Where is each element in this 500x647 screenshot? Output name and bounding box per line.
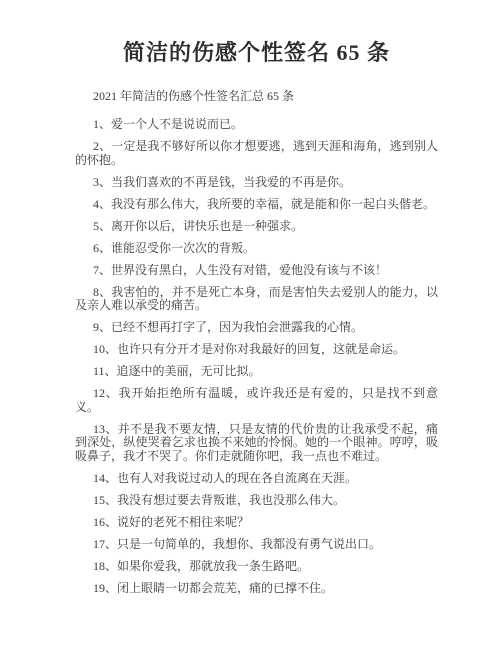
signature-item: 16、说好的老死不相往来呢？ (75, 516, 438, 530)
signature-item: 18、如果你爱我，那就放我一条生路吧。 (75, 560, 438, 574)
document-page: 简洁的伤感个性签名 65 条 2021 年简洁的伤感个性签名汇总 65 条 1、… (0, 0, 500, 647)
signature-item: 4、我没有那么伟大，我所要的幸福，就是能和你一起白头偕老。 (75, 198, 438, 212)
signature-item: 12、我开始拒绝所有温暖，或许我还是有爱的，只是找不到意义。 (75, 387, 438, 414)
signature-item: 15、我没有想过要去背叛谁，我也没那么伟大。 (75, 494, 438, 508)
signature-item: 13、并不是我不要友情，只是友情的代价贵的让我承受不起，痛到深处，纵使哭着乞求也… (75, 423, 438, 464)
page-title: 简洁的伤感个性签名 65 条 (75, 36, 438, 67)
signature-item: 3、当我们喜欢的不再是钱，当我爱的不再是你。 (75, 176, 438, 190)
signature-item: 10、也许只有分开才是对你对我最好的回复，这就是命运。 (75, 343, 438, 357)
signature-item: 9、已经不想再打字了，因为我怕会泄露我的心情。 (75, 321, 438, 335)
signature-item: 7、世界没有黑白，人生没有对错，爱他没有该与不该！ (75, 264, 438, 278)
signature-item: 1、爱一个人不是说说而已。 (75, 118, 438, 132)
document-subtitle: 2021 年简洁的伤感个性签名汇总 65 条 (75, 87, 438, 104)
signature-item: 19、闭上眼睛一切都会荒芜，痛的已撑不住。 (75, 582, 438, 596)
signature-item: 8、我害怕的，并不是死亡本身，而是害怕失去爱别人的能力，以及亲人难以承受的痛苦。 (75, 286, 438, 313)
signature-item: 2、一定是我不够好所以你才想要逃，逃到天涯和海角，逃到别人的怀抱。 (75, 140, 438, 167)
signature-item: 17、只是一句简单的，我想你、我都没有勇气说出口。 (75, 538, 438, 552)
signature-item: 11、追逐中的美丽，无可比拟。 (75, 365, 438, 379)
signature-item: 14、也有人对我说过动人的现在各自流离在天涯。 (75, 472, 438, 486)
signature-item: 6、谁能忍受你一次次的背叛。 (75, 242, 438, 256)
signature-item: 5、离开你以后，讲快乐也是一种强求。 (75, 220, 438, 234)
